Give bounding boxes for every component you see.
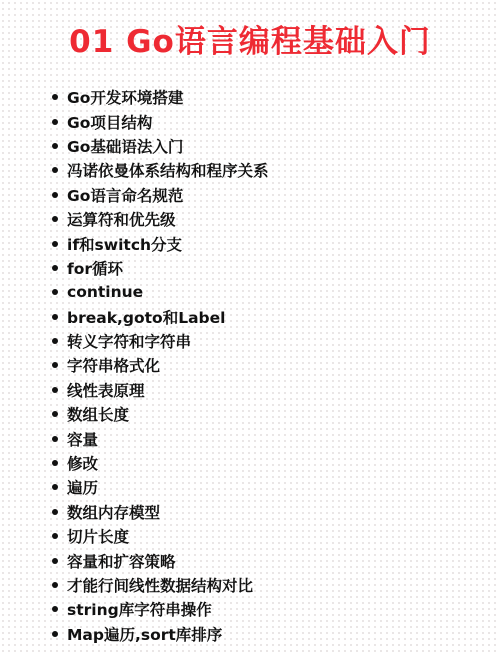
list-item: 数组长度 bbox=[52, 402, 269, 426]
list-item: 切片长度 bbox=[52, 524, 269, 548]
bullet-icon bbox=[52, 558, 58, 564]
list-item: 转义字符和字符串 bbox=[52, 329, 269, 353]
topic-list: Go开发环境搭建 Go项目结构 Go基础语法入门 冯诺依曼体系结构和程序关系 G… bbox=[52, 85, 269, 646]
list-item-text: break,goto和Label bbox=[67, 306, 225, 328]
bullet-icon bbox=[52, 216, 58, 222]
list-item: Go语言命名规范 bbox=[52, 183, 269, 207]
list-item: Go项目结构 bbox=[52, 109, 269, 133]
bullet-icon bbox=[52, 460, 58, 466]
bullet-icon bbox=[52, 411, 58, 417]
list-item-text: 容量 bbox=[67, 428, 98, 450]
list-item: continue bbox=[52, 280, 269, 304]
list-item: if和switch分支 bbox=[52, 231, 269, 255]
list-item: 字符串格式化 bbox=[52, 353, 269, 377]
bullet-icon bbox=[52, 606, 58, 612]
list-item-text: 运算符和优先级 bbox=[67, 208, 176, 230]
bullet-icon bbox=[52, 436, 58, 442]
list-item-text: 切片长度 bbox=[67, 525, 129, 547]
list-item-text: Map遍历,sort库排序 bbox=[67, 623, 222, 645]
bullet-icon bbox=[52, 94, 58, 100]
list-item: 修改 bbox=[52, 451, 269, 475]
list-item-text: string库字符串操作 bbox=[67, 598, 212, 620]
list-item: 遍历 bbox=[52, 475, 269, 499]
list-item: 容量和扩容策略 bbox=[52, 548, 269, 572]
list-item-text: 容量和扩容策略 bbox=[67, 550, 176, 572]
list-item-text: 才能行间线性数据结构对比 bbox=[67, 574, 253, 596]
bullet-icon bbox=[52, 314, 58, 320]
list-item: 运算符和优先级 bbox=[52, 207, 269, 231]
list-item-text: for循环 bbox=[67, 257, 123, 279]
list-item: Map遍历,sort库排序 bbox=[52, 622, 269, 646]
bullet-icon bbox=[52, 338, 58, 344]
list-item: break,goto和Label bbox=[52, 305, 269, 329]
list-item-text: Go语言命名规范 bbox=[67, 184, 183, 206]
list-item: 才能行间线性数据结构对比 bbox=[52, 573, 269, 597]
list-item-text: Go基础语法入门 bbox=[67, 135, 183, 157]
bullet-icon bbox=[52, 582, 58, 588]
bullet-icon bbox=[52, 119, 58, 125]
bullet-icon bbox=[52, 387, 58, 393]
list-item-text: if和switch分支 bbox=[67, 233, 182, 255]
bullet-icon bbox=[52, 265, 58, 271]
list-item-text: 转义字符和字符串 bbox=[67, 330, 191, 352]
bullet-icon bbox=[52, 167, 58, 173]
list-item-text: 数组长度 bbox=[67, 403, 129, 425]
list-item-text: 修改 bbox=[67, 452, 98, 474]
bullet-icon bbox=[52, 143, 58, 149]
bullet-icon bbox=[52, 362, 58, 368]
bullet-icon bbox=[52, 192, 58, 198]
list-item: Go开发环境搭建 bbox=[52, 85, 269, 109]
list-item-text: Go开发环境搭建 bbox=[67, 86, 183, 108]
list-item: 数组内存模型 bbox=[52, 500, 269, 524]
list-item-text: 线性表原理 bbox=[67, 379, 145, 401]
list-item-text: 数组内存模型 bbox=[67, 501, 160, 523]
list-item-text: 遍历 bbox=[67, 476, 98, 498]
bullet-icon bbox=[52, 484, 58, 490]
bullet-icon bbox=[52, 631, 58, 637]
list-item: 容量 bbox=[52, 426, 269, 450]
bullet-icon bbox=[52, 241, 58, 247]
page-title: 01 Go语言编程基础入门 bbox=[0, 22, 500, 62]
list-item-text: 字符串格式化 bbox=[67, 354, 160, 376]
list-item-text: continue bbox=[67, 283, 143, 301]
list-item: for循环 bbox=[52, 256, 269, 280]
bullet-icon bbox=[52, 533, 58, 539]
list-item: Go基础语法入门 bbox=[52, 134, 269, 158]
list-item-text: Go项目结构 bbox=[67, 111, 152, 133]
list-item: string库字符串操作 bbox=[52, 597, 269, 621]
list-item: 冯诺依曼体系结构和程序关系 bbox=[52, 158, 269, 182]
list-item-text: 冯诺依曼体系结构和程序关系 bbox=[67, 159, 269, 181]
bullet-icon bbox=[52, 509, 58, 515]
list-item: 线性表原理 bbox=[52, 378, 269, 402]
bullet-icon bbox=[52, 289, 58, 295]
